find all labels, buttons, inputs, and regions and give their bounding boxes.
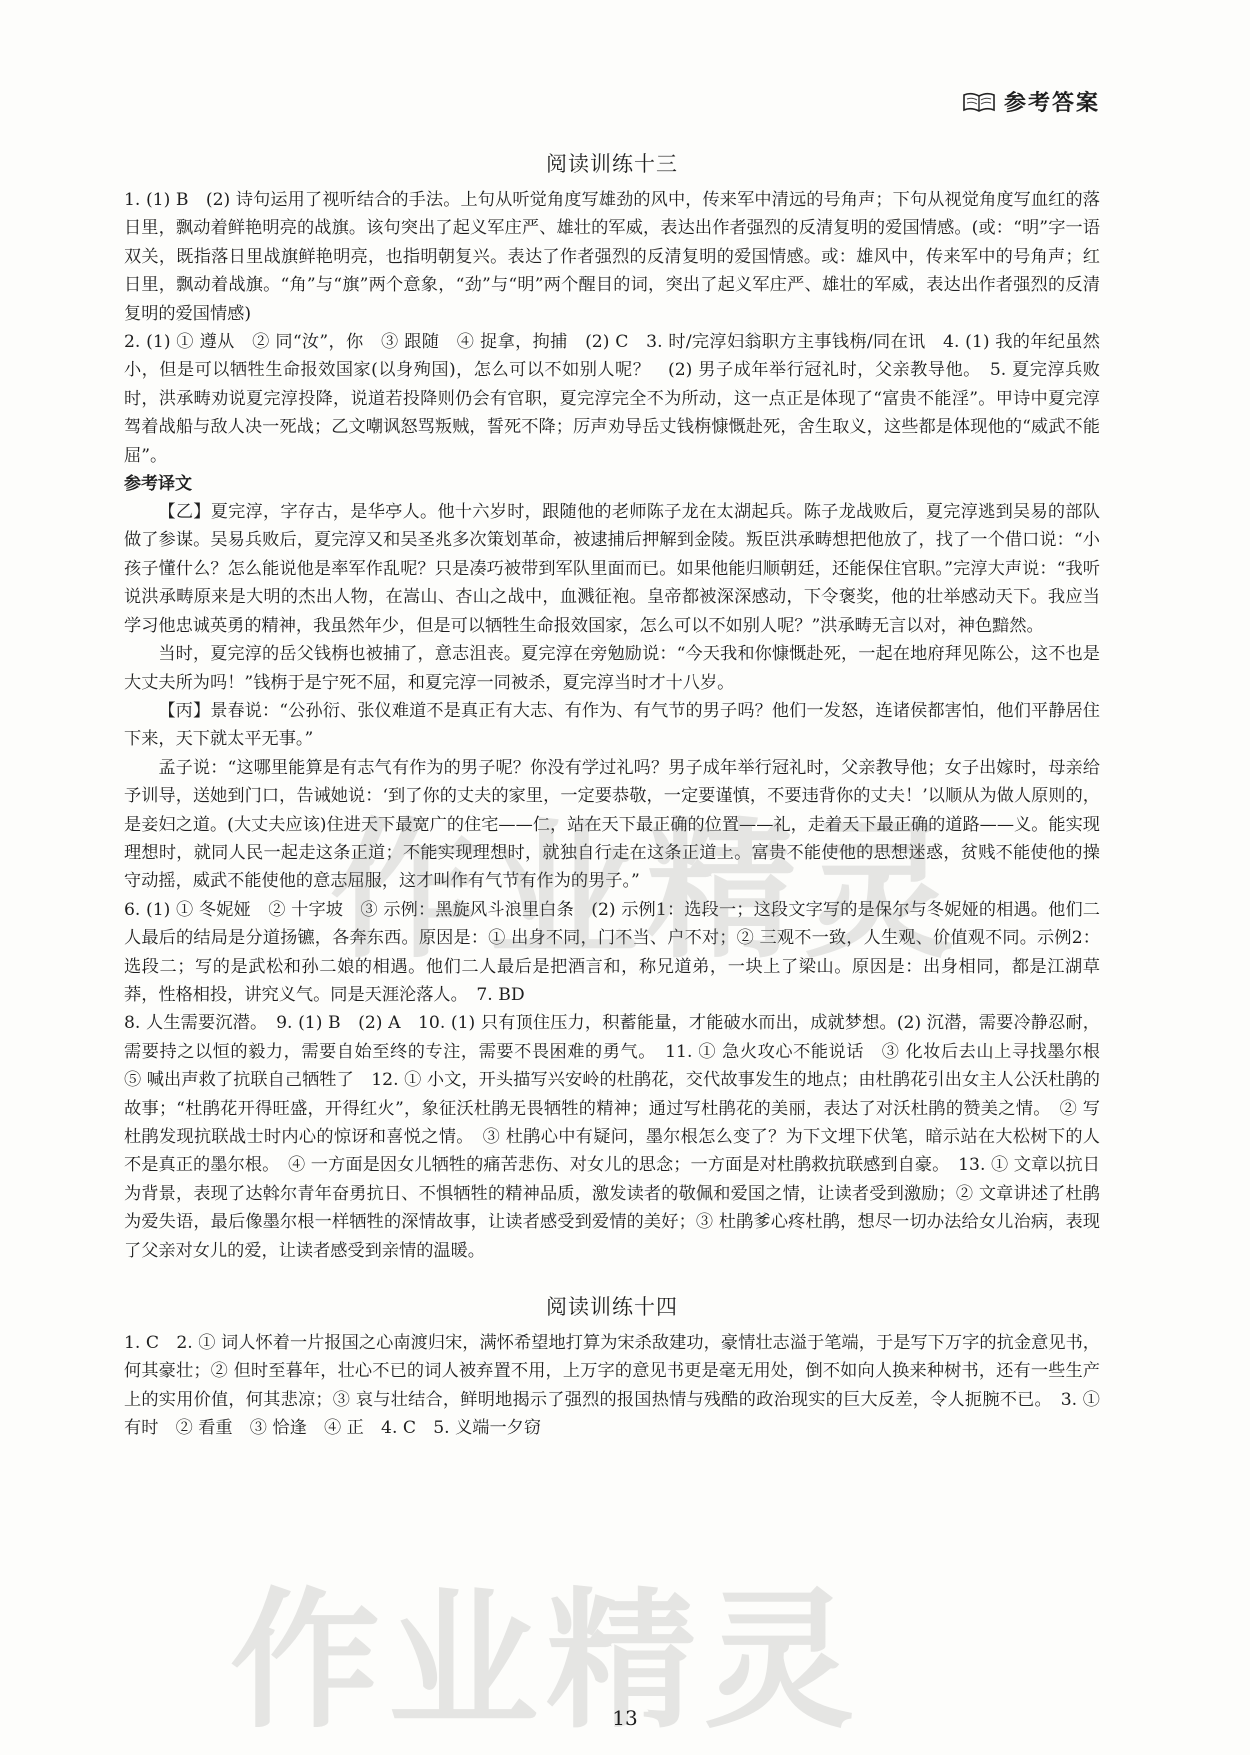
page-number: 13 (0, 1706, 1250, 1730)
translation-title: 参考译文 (124, 470, 1100, 498)
answer-content: 阅读训练十三 1. (1) B (2) 诗句运用了视听结合的手法。上句从听觉角度… (124, 148, 1100, 1443)
page-header: 参考答案 (962, 86, 1100, 117)
answer-paragraph: 8. 人生需要沉潜。 9. (1) B (2) A 10. (1) 只有顶住压力… (124, 1009, 1100, 1265)
translation-paragraph: 孟子说：“这哪里能算是有志气有作为的男子呢？你没有学过礼吗？男子成年举行冠礼时，… (124, 754, 1100, 896)
header-title: 参考答案 (1004, 86, 1100, 117)
answer-paragraph: 1. C 2. ① 词人怀着一片报国之心南渡归宋，满怀希望地打算为宋杀敌建功，豪… (124, 1329, 1100, 1443)
section-title: 阅读训练十三 (124, 148, 1100, 178)
answer-paragraph: 2. (1) ① 遵从 ② 同“汝”，你 ③ 跟随 ④ 捉拿，拘捕 (2) C … (124, 328, 1100, 470)
translation-paragraph: 当时，夏完淳的岳父钱栴也被捕了，意志沮丧。夏完淳在旁勉励说：“今天我和你慷慨赴死… (124, 640, 1100, 697)
section-title: 阅读训练十四 (124, 1291, 1100, 1321)
answer-paragraph: 6. (1) ① 冬妮娅 ② 十字坡 ③ 示例：黑旋风斗浪里白条 (2) 示例1… (124, 896, 1100, 1010)
translation-paragraph: 【丙】景春说：“公孙衍、张仪难道不是真正有大志、有作为、有气节的男子吗？他们一发… (124, 697, 1100, 754)
answer-paragraph: 1. (1) B (2) 诗句运用了视听结合的手法。上句从听觉角度写雄劲的风中，… (124, 186, 1100, 328)
open-book-icon (962, 91, 996, 113)
translation-paragraph: 【乙】夏完淳，字存古，是华亭人。他十六岁时，跟随他的老师陈子龙在太湖起兵。陈子龙… (124, 498, 1100, 640)
